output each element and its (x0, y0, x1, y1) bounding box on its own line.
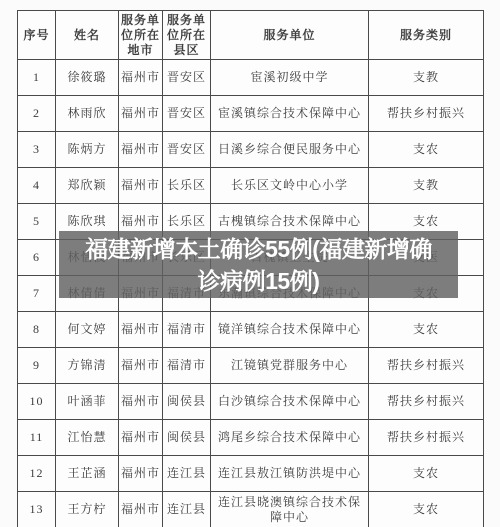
cell-name: 林雨欣 (56, 96, 119, 132)
cell-city: 福州市 (119, 348, 163, 384)
cell-county: 连江县 (163, 492, 211, 527)
table-row: 11江怡慧福州市闽侯县鸿尾乡综合技术保障中心帮扶乡村振兴 (18, 420, 484, 456)
table-row: 3陈炳方福州市晋安区日溪乡综合便民服务中心支农 (18, 132, 484, 168)
header-row: 序号 姓名 服务单位所在地市 服务单位所在县区 服务单位 服务类别 (18, 11, 484, 60)
cell-unit: 镜洋镇综合技术保障中心 (211, 312, 369, 348)
header-name: 姓名 (56, 11, 119, 60)
cell-index: 13 (18, 492, 56, 527)
cell-name: 王芷涵 (56, 456, 119, 492)
cell-unit: 长乐区文岭中心小学 (211, 168, 369, 204)
cell-index: 3 (18, 132, 56, 168)
cell-name: 徐筱璐 (56, 60, 119, 96)
cell-name: 陈炳方 (56, 132, 119, 168)
header-city: 服务单位所在地市 (119, 11, 163, 60)
cell-index: 6 (18, 240, 56, 276)
cell-county: 福清市 (163, 312, 211, 348)
table-header: 序号 姓名 服务单位所在地市 服务单位所在县区 服务单位 服务类别 (18, 11, 484, 60)
cell-unit: 宦溪初级中学 (211, 60, 369, 96)
cell-category: 帮扶乡村振兴 (369, 420, 484, 456)
cell-category: 支教 (369, 60, 484, 96)
cell-category: 支农 (369, 492, 484, 527)
cell-category: 支农 (369, 132, 484, 168)
cell-city: 福州市 (119, 60, 163, 96)
cell-unit: 连江县晓澳镇综合技术保障中心 (211, 492, 369, 527)
cell-city: 福州市 (119, 132, 163, 168)
cell-city: 福州市 (119, 420, 163, 456)
cell-index: 5 (18, 204, 56, 240)
cell-name: 王方柠 (56, 492, 119, 527)
cell-unit: 鸿尾乡综合技术保障中心 (211, 420, 369, 456)
cell-unit: 连江县敖江镇防洪堤中心 (211, 456, 369, 492)
cell-county: 晋安区 (163, 60, 211, 96)
article-image: 序号 姓名 服务单位所在地市 服务单位所在县区 服务单位 服务类别 1徐筱璐福州… (0, 0, 500, 527)
cell-city: 福州市 (119, 168, 163, 204)
cell-index: 2 (18, 96, 56, 132)
header-unit: 服务单位 (211, 11, 369, 60)
header-index: 序号 (18, 11, 56, 60)
cell-unit: 白沙镇综合技术保障中心 (211, 384, 369, 420)
table-row: 1徐筱璐福州市晋安区宦溪初级中学支教 (18, 60, 484, 96)
table-row: 8何文婷福州市福清市镜洋镇综合技术保障中心支农 (18, 312, 484, 348)
cell-category: 支农 (369, 456, 484, 492)
table-row: 12王芷涵福州市连江县连江县敖江镇防洪堤中心支农 (18, 456, 484, 492)
cell-index: 4 (18, 168, 56, 204)
cell-name: 叶涵菲 (56, 384, 119, 420)
table-row: 10叶涵菲福州市闽侯县白沙镇综合技术保障中心帮扶乡村振兴 (18, 384, 484, 420)
cell-city: 福州市 (119, 492, 163, 527)
cell-category: 帮扶乡村振兴 (369, 348, 484, 384)
table-row: 4郑欣颖福州市长乐区长乐区文岭中心小学支教 (18, 168, 484, 204)
cell-county: 闽侯县 (163, 384, 211, 420)
cell-county: 晋安区 (163, 132, 211, 168)
cell-index: 8 (18, 312, 56, 348)
cell-county: 晋安区 (163, 96, 211, 132)
header-category: 服务类别 (369, 11, 484, 60)
cell-index: 7 (18, 276, 56, 312)
cell-index: 1 (18, 60, 56, 96)
cell-city: 福州市 (119, 312, 163, 348)
cell-index: 9 (18, 348, 56, 384)
watermark-overlay: 福建新增本土确诊55例(福建新增确 诊病例15例) (59, 231, 458, 298)
cell-name: 何文婷 (56, 312, 119, 348)
cell-name: 郑欣颖 (56, 168, 119, 204)
header-county: 服务单位所在县区 (163, 11, 211, 60)
table-row: 2林雨欣福州市晋安区宦溪镇综合技术保障中心帮扶乡村振兴 (18, 96, 484, 132)
cell-category: 帮扶乡村振兴 (369, 384, 484, 420)
cell-name: 江怡慧 (56, 420, 119, 456)
cell-county: 闽侯县 (163, 420, 211, 456)
cell-index: 11 (18, 420, 56, 456)
cell-city: 福州市 (119, 384, 163, 420)
cell-unit: 日溪乡综合便民服务中心 (211, 132, 369, 168)
cell-index: 12 (18, 456, 56, 492)
cell-index: 10 (18, 384, 56, 420)
watermark-text-line2: 诊病例15例) (198, 265, 320, 297)
cell-city: 福州市 (119, 456, 163, 492)
cell-category: 支农 (369, 312, 484, 348)
cell-county: 长乐区 (163, 168, 211, 204)
cell-category: 帮扶乡村振兴 (369, 96, 484, 132)
cell-city: 福州市 (119, 96, 163, 132)
watermark-text-line1: 福建新增本土确诊55例(福建新增确 (85, 233, 432, 265)
cell-category: 支教 (369, 168, 484, 204)
table-row: 9方锦清福州市福清市江镜镇党群服务中心帮扶乡村振兴 (18, 348, 484, 384)
table-row: 13王方柠福州市连江县连江县晓澳镇综合技术保障中心支农 (18, 492, 484, 527)
cell-county: 连江县 (163, 456, 211, 492)
cell-county: 福清市 (163, 348, 211, 384)
cell-unit: 宦溪镇综合技术保障中心 (211, 96, 369, 132)
cell-name: 方锦清 (56, 348, 119, 384)
cell-unit: 江镜镇党群服务中心 (211, 348, 369, 384)
